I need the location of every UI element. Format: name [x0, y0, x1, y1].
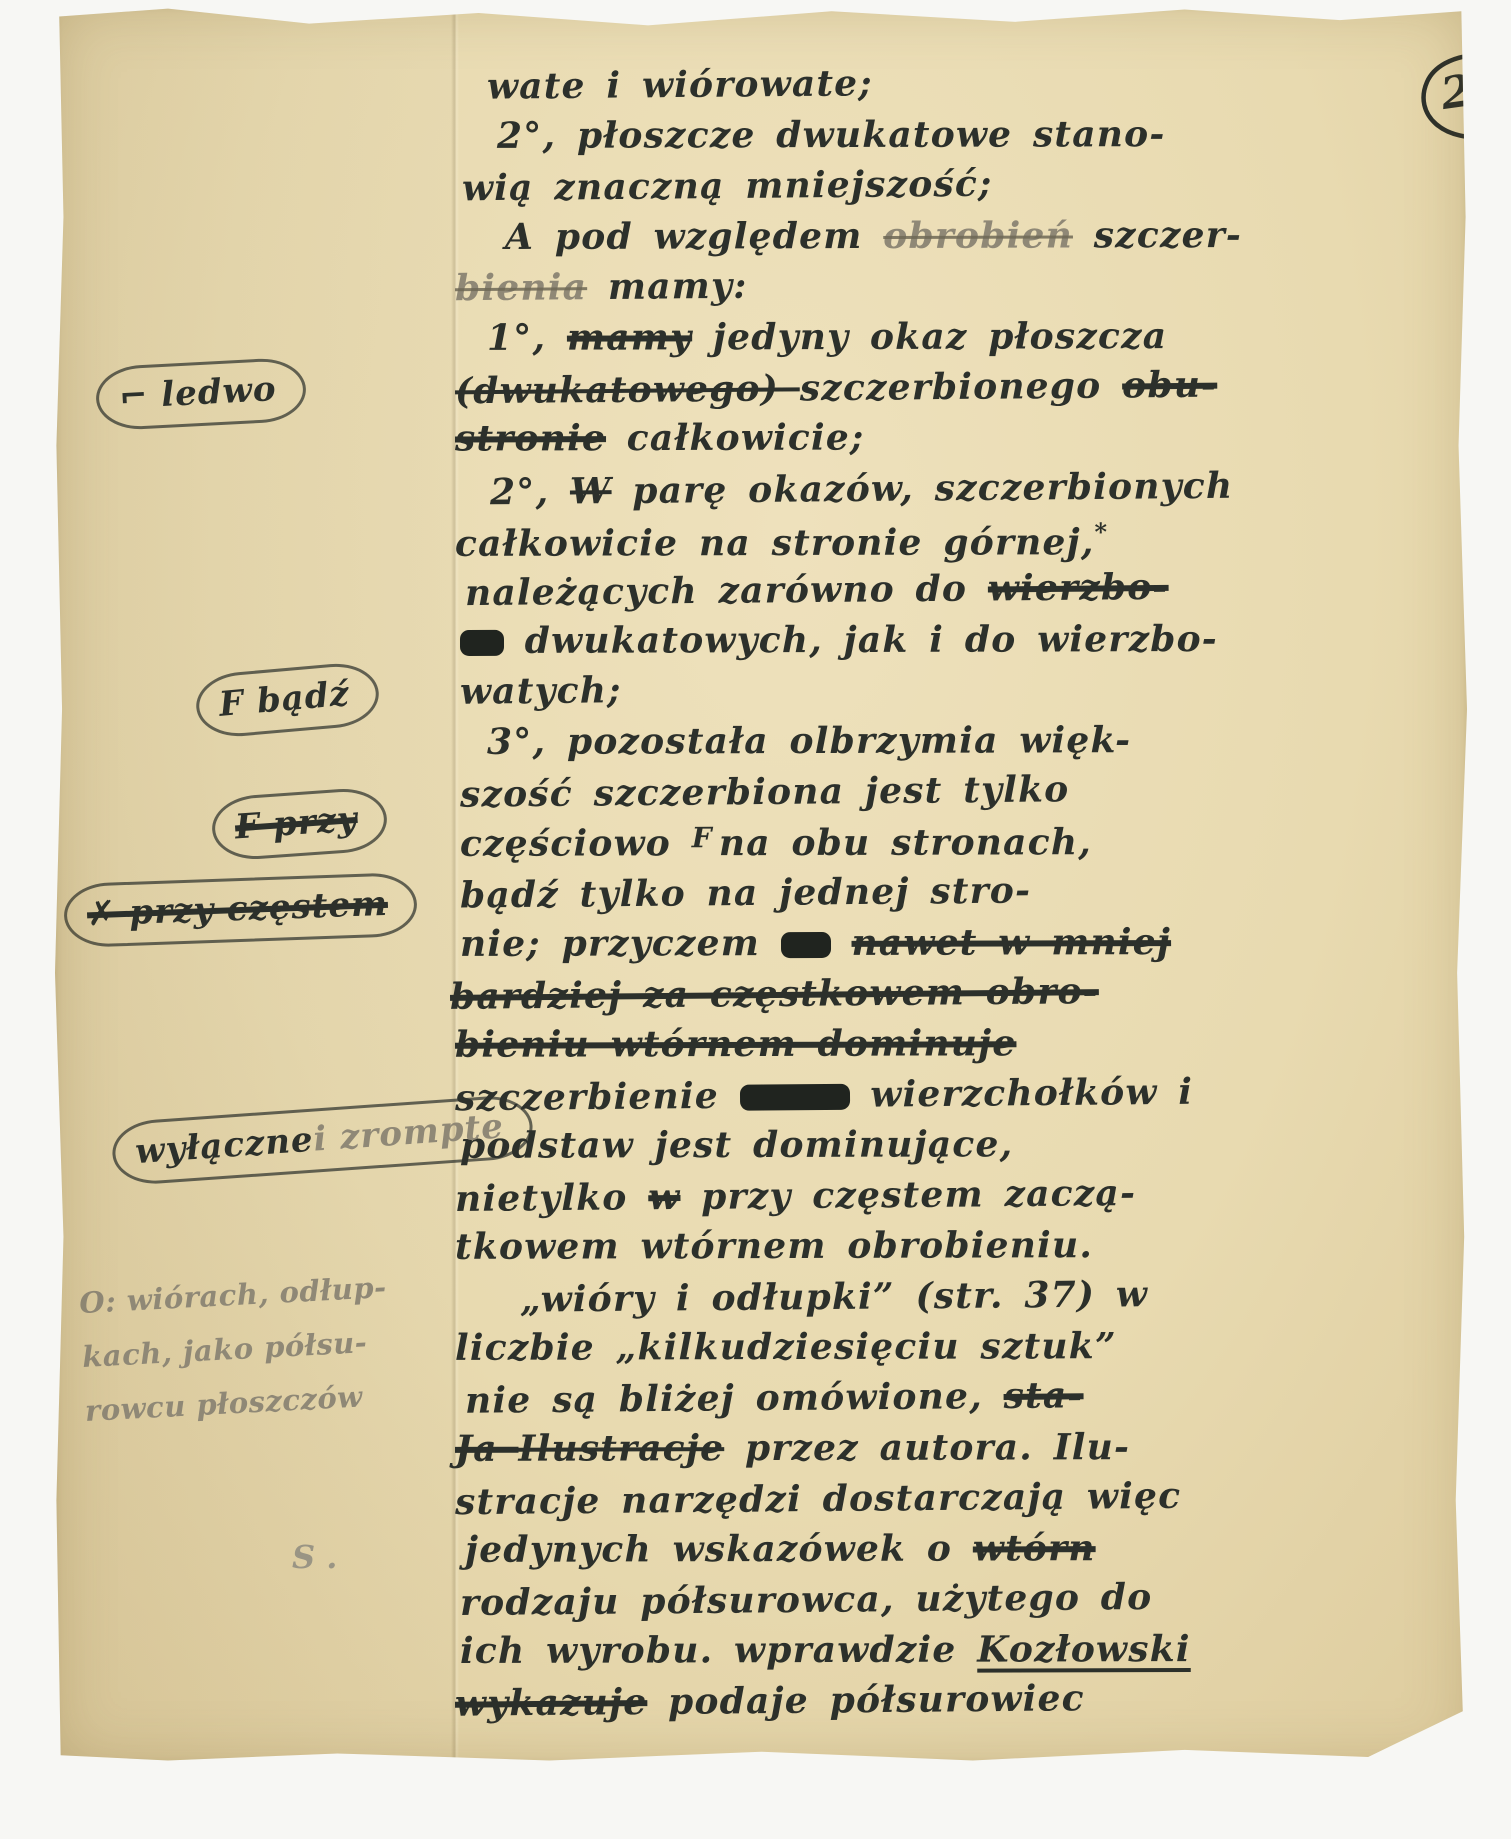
manuscript-line-8: stronie całkowicie;	[455, 416, 865, 459]
manuscript-line-4: A pod względem obrobień szczer-	[505, 214, 1242, 258]
text-segment: 1°,	[487, 317, 567, 359]
text-segment: watych;	[460, 669, 622, 712]
text-segment: całkowicie;	[606, 416, 865, 459]
manuscript-line-18: nie; przyczem nawet w mniej	[460, 921, 1171, 965]
manuscript-line-3: wią znaczną mniejszość;	[462, 163, 993, 210]
text-segment: (dwukatowego)	[455, 367, 800, 412]
manuscript-line-7: (dwukatowego) szczerbionego obu-	[455, 364, 1218, 413]
redacted-word	[781, 932, 831, 958]
manuscript-line-11: należących zarówno do wierzbo-	[465, 566, 1169, 614]
text-segment: mamy:	[587, 265, 748, 308]
manuscript-line-28: Ja Ilustracje przez autora. Ilu-	[455, 1426, 1130, 1470]
manuscript-line-31: rodzaju półsurowca, użytego do	[460, 1576, 1153, 1624]
text-segment: bieniu wtórnem dominuje	[455, 1022, 1017, 1065]
text-segment: rodzaju półsurowca, użytego do	[460, 1576, 1153, 1624]
text-segment: nie są bliżej omówione,	[465, 1375, 1004, 1422]
manuscript-line-33: wykazuje podaje półsurowiec	[455, 1677, 1085, 1724]
manuscript-line-20: bieniu wtórnem dominuje	[455, 1022, 1017, 1065]
text-segment: ✗ przy częstem	[86, 884, 388, 934]
text-segment: dwukatowych, jak i do wierzbo-	[504, 618, 1218, 662]
manuscript-line-16: częściowo Fna obu stronach,	[460, 820, 1092, 865]
margin-note-1: ⌐ ledwo	[94, 357, 307, 432]
text-segment: mamy	[567, 316, 692, 358]
manuscript-line-2: 2°, płoszcze dwukatowe stano-	[497, 113, 1166, 157]
text-segment: całkowicie na stronie górnej,	[455, 521, 1095, 565]
text-segment: sta-	[1003, 1374, 1083, 1417]
text-segment: ich wyrobu. wprawdzie	[460, 1629, 977, 1672]
text-segment: na obu stronach,	[719, 821, 1092, 864]
pencil-margin-note: O: wiórach, odłup-kach, jako półsu-rowcu…	[78, 1260, 394, 1438]
text-segment: 3°, pozostała olbrzymia więk-	[487, 719, 1131, 763]
manuscript-line-14: 3°, pozostała olbrzymia więk-	[487, 719, 1131, 763]
scanned-manuscript-page: wate i wiórowate;2°, płoszcze dwukatowe …	[0, 0, 1511, 1839]
page-number-value: 26.	[1438, 59, 1511, 120]
manuscript-line-6: 1°, mamy jedyny okaz płoszcza	[487, 315, 1167, 359]
text-segment: wate i wiórowate;	[487, 62, 873, 107]
manuscript-line-25: „wióry i odłupki” (str. 37) w	[520, 1273, 1148, 1320]
text-segment: nawet w mniej	[851, 921, 1171, 964]
text-segment: jedynych wskazówek o	[465, 1527, 973, 1570]
text-segment: bardziej za częstkowem obro-	[450, 970, 1099, 1018]
text-segment: F	[692, 821, 719, 854]
text-segment: W	[570, 470, 612, 512]
text-segment: i zrompte	[312, 1106, 505, 1159]
manuscript-line-5: bienia mamy:	[455, 265, 748, 310]
manuscript-line-10: całkowicie na stronie górnej,*	[455, 517, 1108, 565]
text-segment: Kozłowski	[977, 1628, 1191, 1671]
text-segment: podaje półsurowiec	[647, 1677, 1085, 1723]
manuscript-line-29: stracje narzędzi dostarczają więc	[455, 1475, 1182, 1523]
text-segment: *	[1094, 517, 1108, 546]
text-segment: 2°, płoszcze dwukatowe stano-	[497, 113, 1166, 157]
text-segment: przez autora. Ilu-	[724, 1426, 1130, 1469]
text-segment: podstaw jest dominujące,	[460, 1123, 1013, 1166]
manuscript-line-23: nietylko w przy częstem zaczą-	[455, 1172, 1136, 1220]
text-segment: wią znaczną mniejszość;	[462, 163, 993, 210]
text-segment: wierzbo-	[988, 566, 1169, 610]
text-segment	[831, 922, 852, 964]
text-segment: stracje narzędzi dostarczają więc	[455, 1475, 1182, 1523]
manuscript-line-19: bardziej za częstkowem obro-	[450, 970, 1099, 1018]
manuscript-line-24: tkowem wtórnem obrobieniu.	[455, 1224, 1093, 1268]
manuscript-line-15: szość szczerbiona jest tylko	[460, 768, 1070, 815]
text-segment: Ja	[455, 1428, 519, 1470]
text-segment: A pod względem	[505, 215, 883, 258]
redacted-word	[460, 630, 504, 656]
manuscript-line-21: szczerbienie wierzchołków i	[455, 1071, 1194, 1119]
text-segment: częściowo	[460, 822, 692, 865]
text-segment: bądź tylko na jednej stro-	[460, 870, 1032, 917]
text-segment: obrobień	[883, 214, 1073, 256]
text-segment: wyłączne	[134, 1120, 315, 1172]
text-segment: nietylko	[455, 1176, 649, 1220]
text-segment: szczerbionego	[800, 365, 1123, 410]
text-segment: F przy	[234, 799, 359, 847]
manuscript-line-17: bądź tylko na jednej stro-	[460, 870, 1032, 917]
text-segment: szczer-	[1073, 214, 1242, 256]
text-segment: 2°,	[490, 471, 570, 514]
pencil-initial-mark: S .	[292, 1538, 337, 1576]
text-segment: „wióry i odłupki” (str. 37) w	[520, 1273, 1148, 1320]
text-segment: Ilustracje	[518, 1427, 724, 1470]
text-segment: liczbie „kilkudziesięciu sztuk”	[455, 1325, 1117, 1369]
page-number: 26.	[1407, 46, 1511, 166]
manuscript-line-22: podstaw jest dominujące,	[460, 1123, 1013, 1166]
text-segment: wykazuje	[455, 1681, 648, 1725]
redacted-word	[740, 1084, 850, 1111]
text-segment: tkowem wtórnem obrobieniu.	[455, 1224, 1093, 1268]
text-segment: F bądź	[217, 674, 351, 725]
text-segment: należących zarówno do	[465, 568, 988, 615]
manuscript-line-1: wate i wiórowate;	[487, 62, 873, 107]
paper-sheet: wate i wiórowate;2°, płoszcze dwukatowe …	[55, 6, 1467, 1764]
manuscript-line-13: watych;	[460, 669, 622, 712]
text-segment: ⌐ ledwo	[118, 369, 277, 417]
manuscript-line-32: ich wyrobu. wprawdzie Kozłowski	[460, 1628, 1191, 1672]
text-segment: przy częstem zaczą-	[680, 1172, 1136, 1218]
manuscript-line-30: jedynych wskazówek o wtórn	[465, 1527, 1096, 1571]
text-segment: szość szczerbiona jest tylko	[460, 768, 1070, 815]
text-segment: wtórn	[973, 1527, 1096, 1569]
text-segment: wierzchołków i	[849, 1071, 1193, 1116]
manuscript-line-9: 2°, W parę okazów, szczerbionych	[490, 465, 1234, 513]
manuscript-line-26: liczbie „kilkudziesięciu sztuk”	[455, 1325, 1117, 1369]
manuscript-line-27: nie są bliżej omówione, sta-	[465, 1374, 1084, 1421]
text-segment: stronie	[455, 417, 606, 459]
text-segment: parę okazów, szczerbionych	[611, 465, 1233, 512]
manuscript-line-12: dwukatowych, jak i do wierzbo-	[460, 618, 1218, 662]
text-segment: jedyny okaz płoszcza	[692, 315, 1167, 358]
text-segment: nie; przyczem	[460, 922, 781, 965]
text-segment: bienia	[455, 266, 588, 309]
margin-note-4: ✗ przy częstem	[63, 872, 418, 948]
text-segment: obu-	[1122, 364, 1217, 407]
text-segment: w	[648, 1176, 681, 1218]
